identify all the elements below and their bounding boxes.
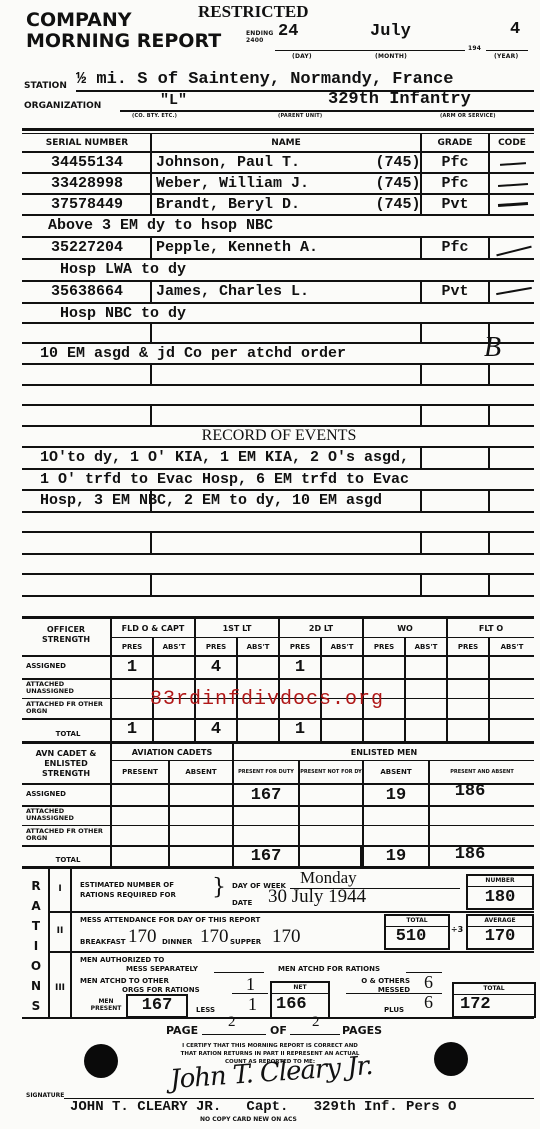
- rations-letter: A: [28, 896, 44, 916]
- atchd-other-label: ORGS FOR RATIONS: [122, 986, 200, 994]
- row-mos: (745): [376, 152, 420, 172]
- auth-label: MESS SEPARATELY: [126, 965, 198, 973]
- roster-vline-3: [488, 236, 490, 258]
- row-border: [22, 573, 534, 575]
- row-label-assigned: ASSIGNED: [26, 785, 110, 803]
- roster-vline-1: [150, 363, 152, 384]
- enlisted-cell: 19: [364, 846, 428, 866]
- year-caption: (YEAR): [494, 53, 518, 60]
- subcol-pres: PRES: [112, 639, 152, 655]
- enlisted-cell: 167: [234, 784, 298, 806]
- row-grade: Pfc: [422, 152, 488, 172]
- plus-label: PLUS: [384, 1006, 404, 1014]
- code-mark: [496, 246, 531, 257]
- row-label-attached-other: ATTACHED FR OTHER ORGN: [26, 826, 110, 844]
- number-label: NUMBER: [468, 876, 532, 886]
- record-of-events-title: RECORD OF EVENTS: [24, 426, 534, 446]
- roster-vline-1: [150, 322, 152, 342]
- section-num: II: [50, 914, 70, 948]
- average-label: AVERAGE: [468, 916, 532, 926]
- punch-hole-left: [84, 1044, 118, 1078]
- enlisted-table-bottom: [22, 866, 534, 869]
- subcol-abst: ABS'T: [322, 639, 362, 655]
- number-value: 180: [468, 887, 532, 907]
- page-label: PAGE: [166, 1024, 198, 1037]
- date-value: 30 July 1944: [268, 886, 366, 908]
- row-name: Johnson, Paul T.: [156, 152, 376, 172]
- date-underline: [275, 50, 465, 51]
- subcol-abst: ABS'T: [238, 639, 278, 655]
- code-mark: [500, 162, 526, 166]
- officer-cell: 4: [196, 719, 236, 739]
- subcol-abst: ABS'T: [406, 639, 446, 655]
- officer-group-header: 2D LT: [280, 621, 362, 637]
- pages-underline: [290, 1034, 340, 1035]
- section1-label-line: ESTIMATED NUMBER OF: [80, 880, 176, 890]
- roster-vline-1: [150, 236, 152, 258]
- org-caption-parent: (PARENT UNIT): [278, 113, 322, 119]
- divide-by-3: ÷3: [452, 918, 462, 942]
- total-pages: 2: [312, 1014, 320, 1031]
- row-border: [22, 595, 534, 597]
- enlisted-col-header: PRESENT NOT FOR DY: [300, 762, 362, 782]
- row-label-total: TOTAL: [30, 854, 106, 866]
- less-label: LESS: [196, 1006, 215, 1014]
- row-border: [22, 511, 534, 513]
- officer-cell: 1: [112, 656, 152, 678]
- row-name: Weber, William J.: [156, 173, 376, 193]
- row-serial: 33428998: [24, 173, 150, 193]
- roster-vline-2: [420, 573, 422, 595]
- dinner-value: 170: [200, 926, 229, 948]
- officer-cell: 1: [280, 719, 320, 739]
- rations-total-value: 172: [460, 994, 530, 1014]
- organization-underline: [120, 110, 534, 112]
- row-serial: 37578449: [24, 194, 150, 214]
- roster-vline-1: [150, 404, 152, 425]
- officer-group-header: 1ST LT: [196, 621, 278, 637]
- punch-hole-right: [434, 1042, 468, 1076]
- enlisted-col-header: ABSENT: [170, 762, 232, 782]
- form-title: COMPANY MORNING REPORT: [26, 10, 221, 52]
- code-mark: [498, 202, 528, 207]
- certify-line: I CERTIFY THAT THIS MORNING REPORT IS CO…: [150, 1042, 390, 1050]
- row-grade: Pfc: [422, 173, 488, 193]
- officer-table-bottom: [22, 741, 534, 744]
- row-border: [22, 363, 534, 365]
- officer-group-header: FLT O: [448, 621, 534, 637]
- month-caption: (MONTH): [375, 53, 407, 60]
- net-value: 166: [276, 994, 326, 1014]
- ending-label-line2: 2400: [246, 37, 273, 44]
- subcol-pres: PRES: [448, 639, 488, 655]
- station-value: ½ mi. S of Sainteny, Normandy, France: [76, 70, 453, 89]
- org-caption-arm: (ARM OR SERVICE): [440, 113, 496, 119]
- roster-vline-1: [150, 531, 152, 553]
- rations-section-border: [48, 951, 534, 953]
- roster-vline-3: [488, 363, 490, 384]
- row-label-assigned: ASSIGNED: [26, 657, 110, 675]
- rations-letter: T: [28, 916, 44, 936]
- year-prefix: 194: [468, 45, 481, 52]
- row-label-attached-unassigned: ATTACHED UNASSIGNED: [26, 806, 110, 824]
- event-line: 1 O' trfd to Evac Hosp, 6 EM trfd to Eva…: [40, 469, 500, 489]
- men-present-value: 167: [128, 995, 186, 1015]
- row-border: [22, 531, 534, 533]
- col-header-code: CODE: [490, 135, 534, 151]
- section1-label: ESTIMATED NUMBER OF RATIONS REQUIRED FOR: [80, 880, 176, 900]
- col-header-name: NAME: [152, 135, 420, 151]
- officer-sub-border: [110, 637, 534, 638]
- rations-letter: I: [28, 936, 44, 956]
- code-mark: [496, 287, 532, 295]
- roster-vline-1: [150, 280, 152, 302]
- signer-name-title: JOHN T. CLEARY JR. Capt. 329th Inf. Pers…: [70, 1099, 456, 1115]
- rations-section-border: [48, 911, 534, 913]
- row-border: [22, 384, 534, 386]
- men-present-label: MEN PRESENT: [86, 998, 126, 1012]
- signer-caption: NO COPY CARD NEW ON ACS: [200, 1116, 297, 1124]
- ending-label: ENDING 2400: [246, 30, 273, 44]
- less-value: 1: [248, 994, 257, 1015]
- rations-total-label: TOTAL: [454, 984, 534, 994]
- row-mos: (745): [376, 194, 420, 214]
- officer-group-header: WO: [364, 621, 446, 637]
- col-header-grade: GRADE: [422, 135, 488, 151]
- dinner-label: DINNER: [162, 938, 192, 946]
- roster-vline-2: [420, 404, 422, 425]
- enlisted-strength-title: AVN CADET & ENLISTED STRENGTH: [24, 746, 108, 782]
- roster-vline-1: [150, 573, 152, 595]
- brace: }: [212, 876, 226, 900]
- org-caption-co: (CO. BTY. ETC.): [132, 113, 177, 119]
- page-underline: [202, 1034, 266, 1035]
- breakfast-label: BREAKFAST: [80, 938, 126, 946]
- row-label-attached-other: ATTACHED FR OTHER ORGN: [26, 699, 110, 717]
- row-label-attached-unassigned: ATTACHED UNASSIGNED: [26, 679, 110, 697]
- subcol-pres: PRES: [364, 639, 404, 655]
- code-mark: [498, 183, 528, 187]
- row-serial: 35638664: [24, 281, 150, 301]
- breakfast-value: 170: [128, 926, 157, 948]
- row-grade: Pvt: [422, 194, 488, 214]
- enlisted-sub-border: [110, 760, 534, 761]
- row-remark: 10 EM asgd & jd Co per atchd order: [40, 343, 460, 363]
- row-remark: Hosp LWA to dy: [60, 259, 460, 279]
- officer-row-border: [22, 718, 534, 720]
- year-underline: [486, 50, 528, 51]
- roster-vline-2: [420, 363, 422, 384]
- rations-letter: S: [28, 996, 44, 1016]
- enlisted-cell: 186: [430, 844, 510, 864]
- title-line-1: COMPANY: [26, 10, 221, 31]
- enlisted-col-header: PRESENT FOR DUTY: [234, 762, 298, 782]
- row-label-total: TOTAL: [30, 728, 106, 740]
- total-label: TOTAL: [386, 916, 448, 926]
- section-num: III: [50, 960, 70, 1016]
- watermark: 83rdinfdivdocs.org: [150, 688, 384, 711]
- officer-strength-title: OFFICER STRENGTH: [24, 622, 108, 648]
- row-name: James, Charles L.: [156, 281, 376, 301]
- plus-value: 6: [424, 992, 433, 1013]
- report-day: 24: [278, 22, 298, 41]
- atchd-for-label: MEN ATCHD FOR RATIONS: [278, 965, 380, 973]
- average-value: 170: [468, 926, 532, 946]
- officer-cell: 1: [112, 719, 152, 739]
- signature-label: SIGNATURE: [26, 1092, 64, 1100]
- row-serial: 35227204: [24, 237, 150, 257]
- section-num: I: [50, 874, 70, 904]
- others-value: 6: [424, 972, 433, 993]
- row-border: [22, 322, 534, 324]
- row-name: Pepple, Kenneth A.: [156, 237, 376, 257]
- day-of-week-value: Monday: [300, 868, 357, 888]
- event-line: Hosp, 3 EM NBC, 2 EM to dy, 10 EM asgd: [40, 490, 500, 510]
- of-label: OF: [270, 1024, 287, 1037]
- organization-label: ORGANIZATION: [24, 101, 101, 111]
- net-label: NET: [272, 983, 328, 993]
- rations-letter: N: [28, 976, 44, 996]
- enlisted-group-cadets: AVIATION CADETS: [112, 746, 232, 760]
- roster-top-border-inner: [22, 133, 534, 134]
- report-year-digit: 4: [510, 20, 520, 39]
- roster-vline-3: [488, 280, 490, 302]
- roster-vline-3: [488, 404, 490, 425]
- rations-side-label: R A T I O N S: [28, 876, 44, 1016]
- event-line: 1O'to dy, 1 O' KIA, 1 EM KIA, 2 O's asgd…: [40, 447, 500, 467]
- subcol-pres: PRES: [196, 639, 236, 655]
- code-handwritten: B: [484, 332, 501, 364]
- rations-bottom-border: [22, 1017, 534, 1019]
- enlisted-col-header: PRESENT: [112, 762, 168, 782]
- enlisted-col-header: PRESENT AND ABSENT: [430, 762, 534, 782]
- col-header-serial: SERIAL NUMBER: [24, 135, 150, 151]
- pages-label: PAGES: [342, 1024, 382, 1037]
- company-value: "L": [160, 92, 187, 109]
- officer-cell: 4: [196, 656, 236, 678]
- atchd-other-value: 1: [246, 974, 255, 995]
- enlisted-cell: 186: [430, 780, 510, 802]
- subcol-pres: PRES: [280, 639, 320, 655]
- row-serial: 34455134: [24, 152, 150, 172]
- roster-vline-1: [150, 133, 152, 215]
- row-grade: Pvt: [422, 281, 488, 301]
- day-caption: (DAY): [292, 53, 312, 60]
- page-number: 2: [228, 1014, 236, 1031]
- supper-value: 170: [272, 926, 301, 948]
- rations-letter: O: [28, 956, 44, 976]
- enlisted-group-men: ENLISTED MEN: [234, 746, 534, 760]
- station-label: STATION: [24, 81, 67, 91]
- ending-label-line1: ENDING: [246, 30, 273, 37]
- enlisted-cell: 167: [234, 846, 298, 866]
- mess-attendance-label: MESS ATTENDANCE FOR DAY OF THIS REPORT: [80, 916, 260, 924]
- row-remark: Above 3 EM dy to hsop NBC: [48, 215, 448, 235]
- supper-label: SUPPER: [230, 938, 261, 946]
- roster-vline-3: [488, 133, 490, 215]
- auth-label: MEN AUTHORIZED TO: [80, 956, 164, 964]
- row-border: [22, 404, 534, 406]
- officer-group-header: FLD O & CAPT: [112, 621, 194, 637]
- subcol-abst: ABS'T: [154, 639, 194, 655]
- classification-stamp: RESTRICTED: [198, 2, 309, 22]
- parent-unit-value: 329th Infantry: [328, 90, 471, 109]
- row-remark: Hosp NBC to dy: [60, 303, 460, 323]
- row-grade: Pfc: [422, 237, 488, 257]
- rations-vline: [70, 869, 72, 1019]
- total-value: 510: [386, 926, 436, 946]
- date-label: DATE: [232, 899, 252, 907]
- roster-vline-2: [420, 322, 422, 342]
- roster-vline-3: [488, 573, 490, 595]
- morning-report-form: COMPANY MORNING REPORT RESTRICTED ENDING…: [0, 0, 540, 1129]
- roster-top-border: [22, 128, 534, 131]
- roster-vline-3: [488, 531, 490, 553]
- title-line-2: MORNING REPORT: [26, 31, 221, 52]
- others-label: O & OTHERS: [346, 977, 410, 985]
- row-mos: (745): [376, 173, 420, 193]
- atchd-other-label: MEN ATCHD TO OTHER: [80, 977, 169, 985]
- enlisted-cell: 19: [364, 784, 428, 806]
- rations-letter: R: [28, 876, 44, 896]
- section1-label-line: RATIONS REQUIRED FOR: [80, 890, 176, 900]
- subcol-abst: ABS'T: [490, 639, 534, 655]
- auth-underline: [214, 972, 264, 973]
- row-name: Brandt, Beryl D.: [156, 194, 376, 214]
- roster-vline-2: [420, 531, 422, 553]
- report-month: July: [370, 22, 411, 41]
- officer-cell: 1: [280, 656, 320, 678]
- enlisted-col-header: ABSENT: [364, 762, 428, 782]
- row-border: [22, 553, 534, 555]
